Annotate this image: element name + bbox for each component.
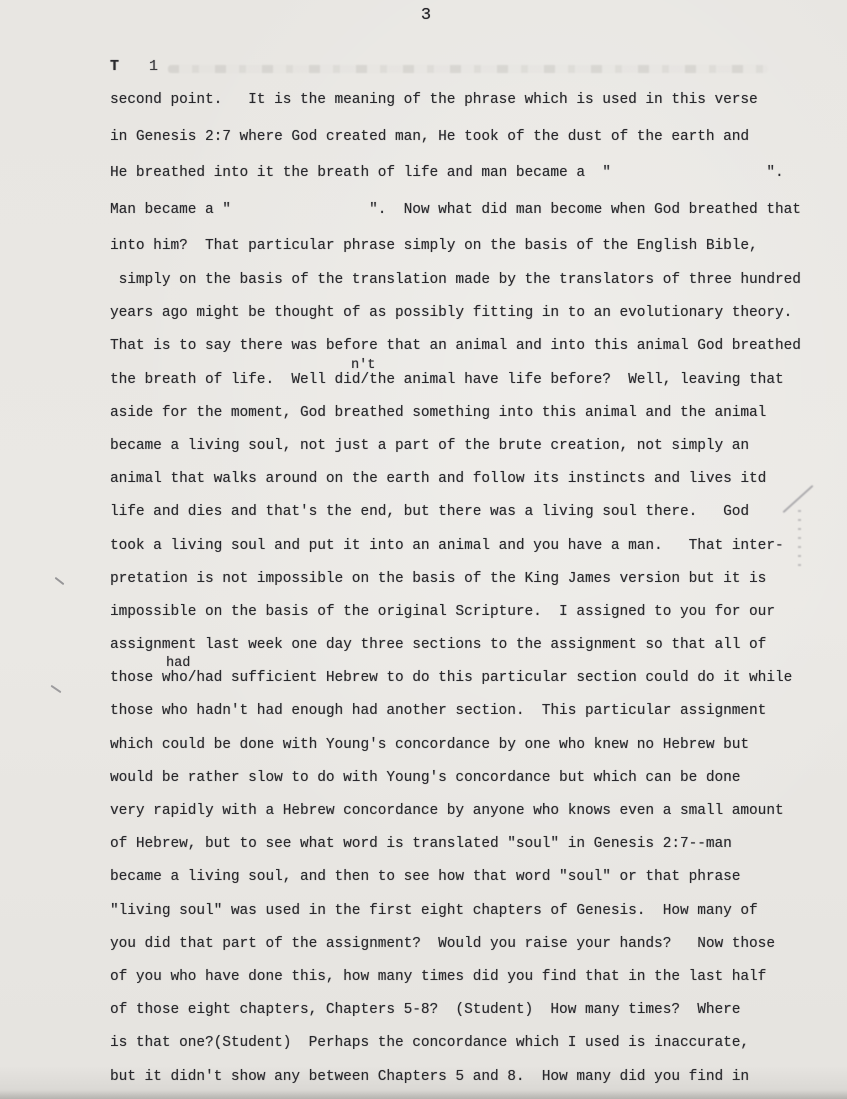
faded-typed-letter: T xyxy=(110,58,119,75)
typed-line: Man became a " ". Now what did man becom… xyxy=(110,202,801,239)
typed-line: became a living soul, and then to see ho… xyxy=(110,869,801,902)
typed-line: of you who have done this, how many time… xyxy=(110,969,801,1002)
superscript-insertion-had: had xyxy=(166,656,190,671)
paragraph-block-1: second point. It is the meaning of the p… xyxy=(110,92,801,275)
typed-line: those who hadn't had enough had another … xyxy=(110,703,801,736)
scan-edge-shadow xyxy=(0,1090,847,1099)
page-number: 3 xyxy=(402,6,450,25)
typed-line: second point. It is the meaning of the p… xyxy=(110,92,801,129)
paragraph-block-2: simply on the basis of the translation m… xyxy=(110,272,801,1099)
typed-line: very rapidly with a Hebrew concordance b… xyxy=(110,803,801,836)
erased-text-smudge xyxy=(168,65,768,73)
typed-line: "living soul" was used in the first eigh… xyxy=(110,903,801,936)
typed-line: those who/had sufficient Hebrew to do th… xyxy=(110,670,801,703)
typed-line: the breath of life. Well did/the animal … xyxy=(110,372,801,405)
pencil-tick-left-lower xyxy=(50,685,61,693)
faded-typed-numeral: 1 xyxy=(149,58,158,75)
typed-line: assignment last week one day three secti… xyxy=(110,637,801,670)
faded-typed-fragment-line: T 1 xyxy=(0,58,847,80)
typed-line: you did that part of the assignment? Wou… xyxy=(110,936,801,969)
typed-line: of Hebrew, but to see what word is trans… xyxy=(110,836,801,869)
typed-line: years ago might be thought of as possibl… xyxy=(110,305,801,338)
typed-line: animal that walks around on the earth an… xyxy=(110,471,801,504)
superscript-insertion-nt: n't xyxy=(351,358,375,373)
typed-line: became a living soul, not just a part of… xyxy=(110,438,801,471)
typed-line: took a living soul and put it into an an… xyxy=(110,538,801,571)
typed-line: That is to say there was before that an … xyxy=(110,338,801,371)
typed-line: He breathed into it the breath of life a… xyxy=(110,165,801,202)
typed-line: pretation is not impossible on the basis… xyxy=(110,571,801,604)
typed-line: of those eight chapters, Chapters 5-8? (… xyxy=(110,1002,801,1035)
typed-line: which could be done with Young's concord… xyxy=(110,737,801,770)
typed-line: would be rather slow to do with Young's … xyxy=(110,770,801,803)
scanned-page: 3 T 1 second point. It is the meaning of… xyxy=(0,0,847,1099)
typed-line: in Genesis 2:7 where God created man, He… xyxy=(110,129,801,166)
typed-line: impossible on the basis of the original … xyxy=(110,604,801,637)
typed-line: simply on the basis of the translation m… xyxy=(110,272,801,305)
typed-line: life and dies and that's the end, but th… xyxy=(110,504,801,537)
pencil-mark-dots xyxy=(798,510,801,570)
typed-line: into him? That particular phrase simply … xyxy=(110,238,801,275)
typed-line: is that one?(Student) Perhaps the concor… xyxy=(110,1035,801,1068)
pencil-tick-left-upper xyxy=(55,577,65,585)
typed-line: aside for the moment, God breathed somet… xyxy=(110,405,801,438)
